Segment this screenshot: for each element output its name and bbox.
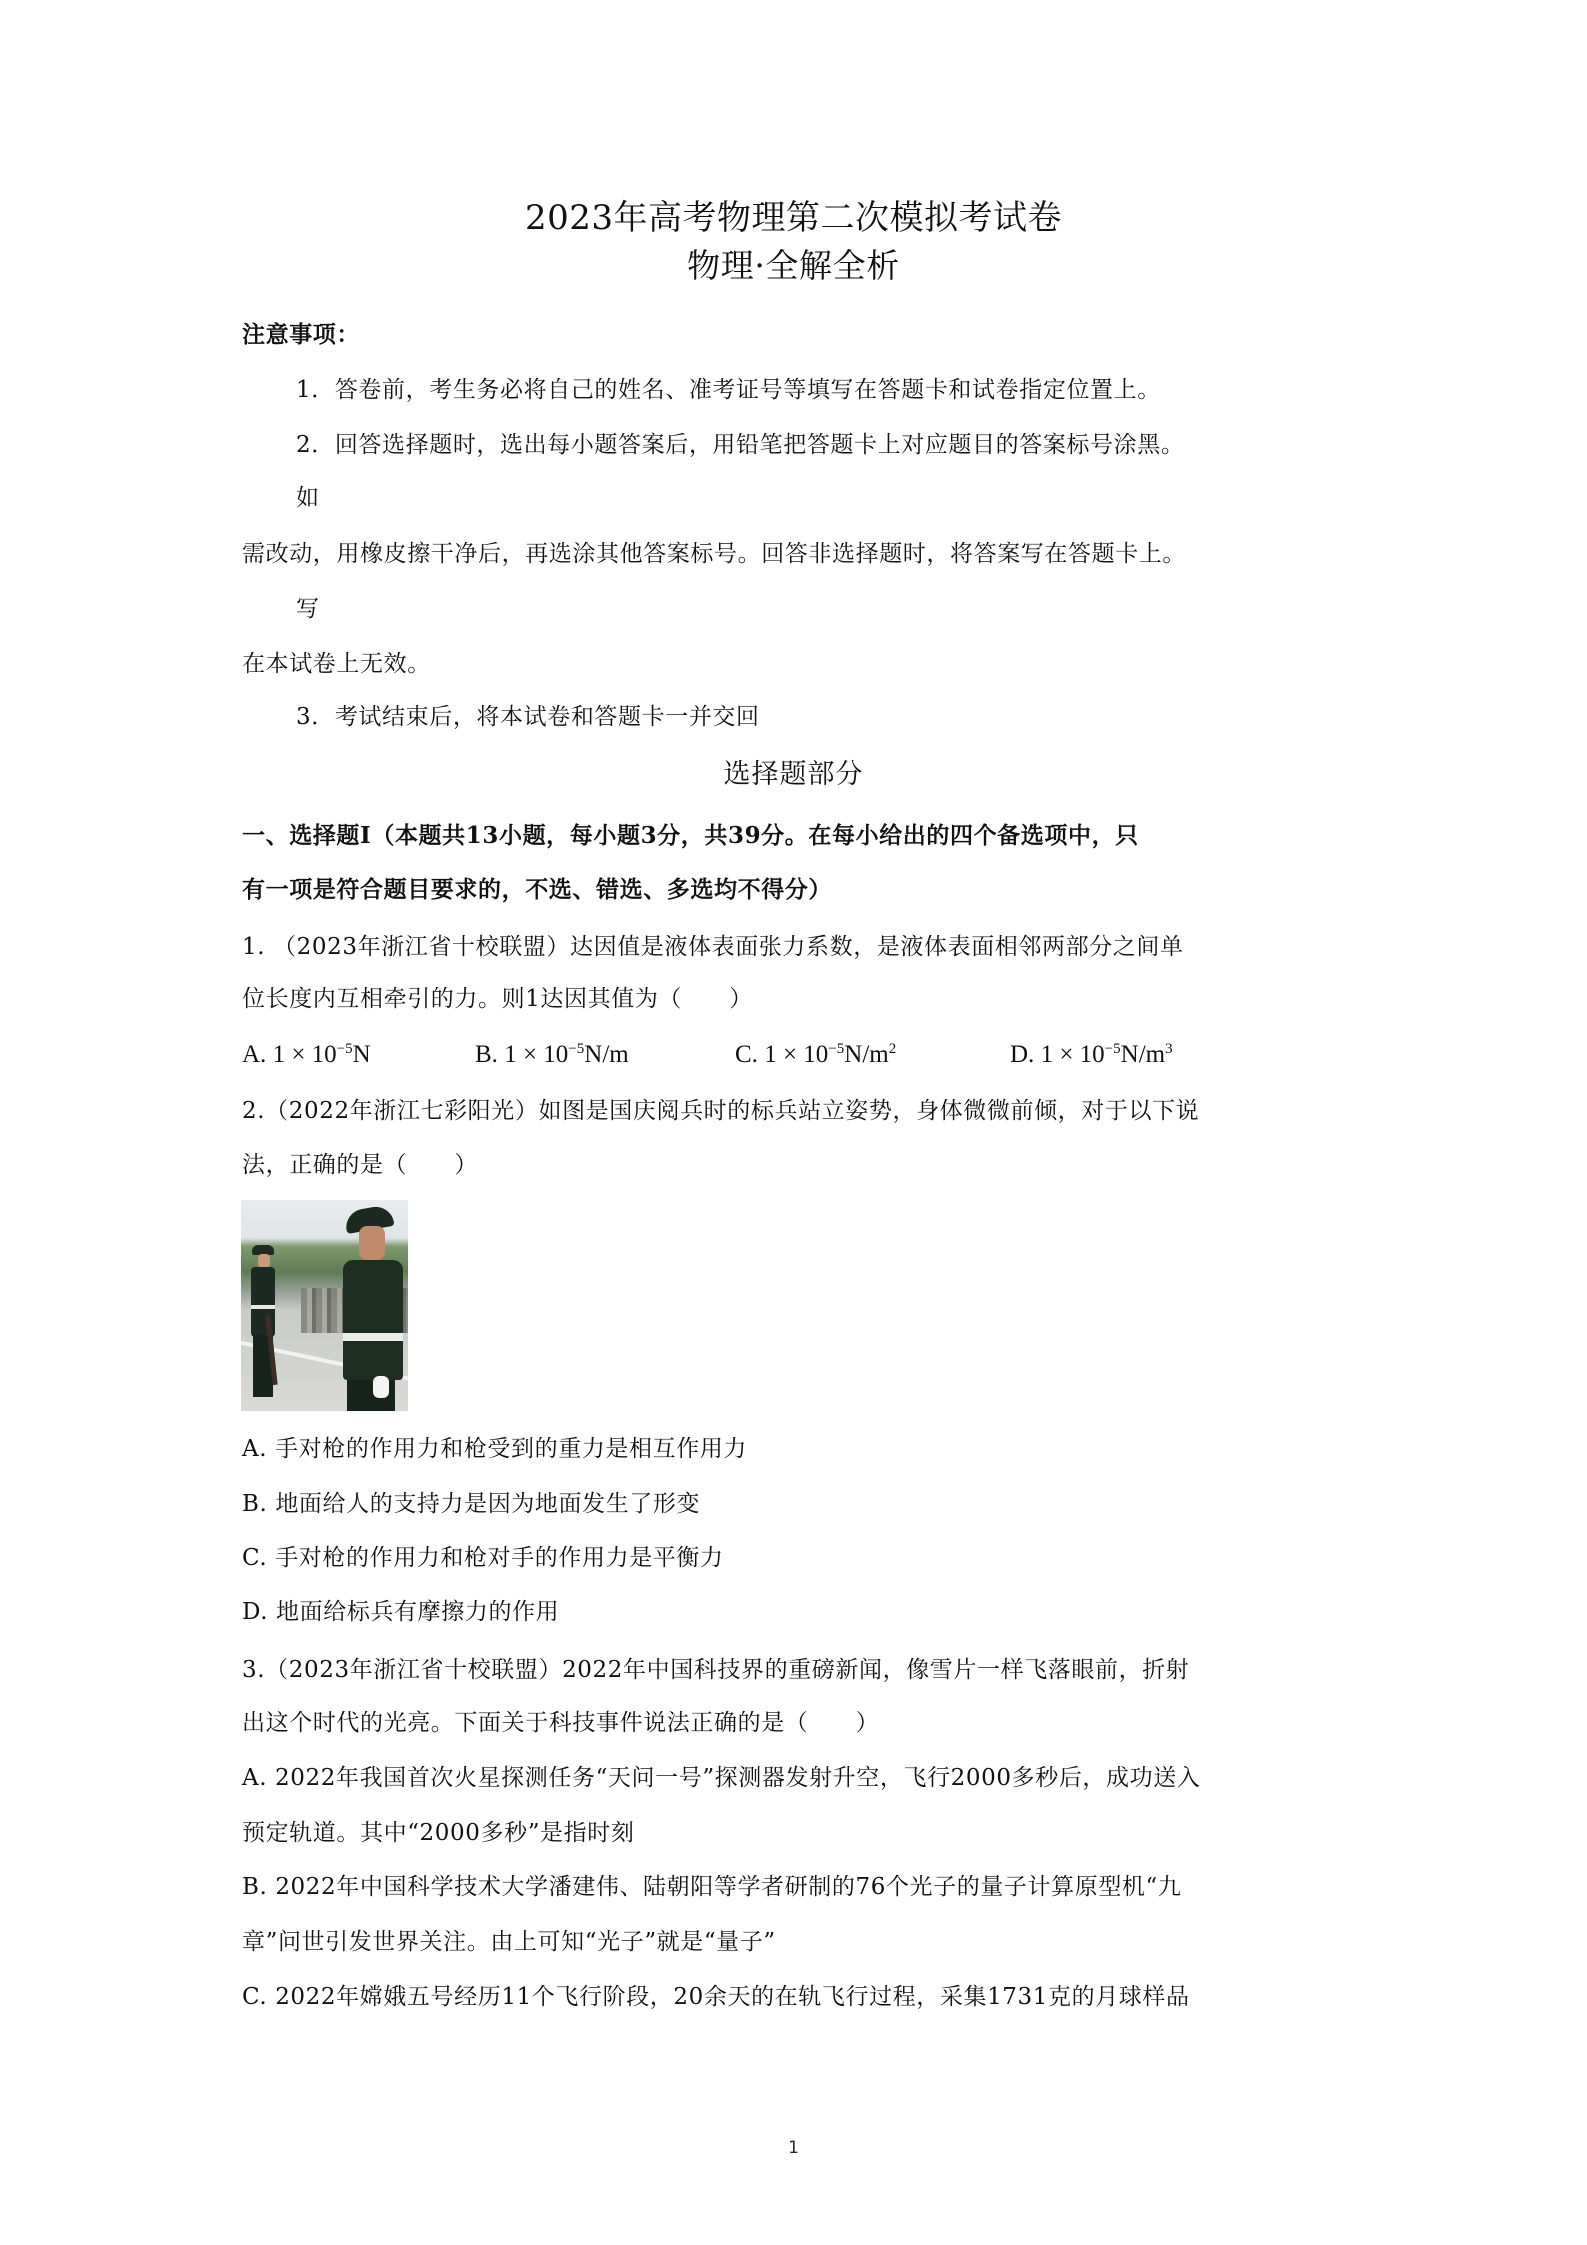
page-number: 1 [0,2138,1587,2158]
question-1-option-c: C. 1 × 10−5N/m2 [735,1040,896,1070]
notice-item-2-wrap-4: 在本试卷上无效。 [242,649,431,679]
question-2-option-a: A. 手对枪的作用力和枪受到的重力是相互作用力 [242,1434,747,1464]
question-1-stem-line-1: 1. （2023年浙江省十校联盟）达因值是液体表面张力系数，是液体表面相邻两部分… [242,932,1184,962]
question-3-option-b-line-1: B. 2022年中国科学技术大学潘建伟、陆朝阳等学者研制的76个光子的量子计算原… [242,1872,1181,1902]
question-2-option-b: B. 地面给人的支持力是因为地面发生了形变 [242,1489,700,1519]
soldier-background-figure [249,1245,277,1400]
question-2-option-c: C. 手对枪的作用力和枪对手的作用力是平衡力 [242,1543,724,1573]
question-3-stem-line-2: 出这个时代的光亮。下面关于科技事件说法正确的是（ ） [242,1708,879,1738]
notice-item-2-wrap-3: 写 [296,594,320,624]
notice-label: 注意事项： [242,320,360,350]
notice-item-3: 3．考试结束后，将本试卷和答题卡一并交回 [296,702,760,732]
question-3-option-a-line-1: A. 2022年我国首次火星探测任务“天问一号”探测器发射升空，飞行2000多秒… [242,1763,1200,1793]
document-subtitle: 物理·全解全析 [0,245,1587,287]
document-title: 2023年高考物理第二次模拟考试卷 [0,197,1587,239]
question-1-stem-line-2: 位长度内互相牵引的力。则1达因其值为（ ） [242,984,753,1014]
soldier-foreground-figure [343,1208,408,1411]
question-2-option-d: D. 地面给标兵有摩擦力的作用 [242,1597,559,1627]
section-instruction-line-2: 有一项是符合题目要求的，不选、错选、多选均不得分） [242,875,832,905]
section-heading: 选择题部分 [0,758,1587,792]
question-3-option-c-line-1: C. 2022年嫦娥五号经历11个飞行阶段，20余天的在轨飞行过程，采集1731… [242,1982,1190,2012]
question-1-option-a: A. 1 × 10−5N [242,1040,371,1070]
question-3-option-a-line-2: 预定轨道。其中“2000多秒”是指时刻 [242,1818,634,1848]
question-3-stem-line-1: 3.（2023年浙江省十校联盟）2022年中国科技界的重磅新闻，像雪片一样飞落眼… [242,1655,1189,1685]
notice-item-2: 2．回答选择题时，选出每小题答案后，用铅笔把答题卡上对应题目的答案标号涂黑。 [296,430,1184,460]
section-instruction-line-1: 一、选择题Ⅰ（本题共13小题，每小题3分，共39分。在每小给出的四个备选项中，只 [242,821,1139,851]
notice-item-2-wrap-1: 如 [296,483,320,513]
question-1-option-d: D. 1 × 10−5N/m3 [1010,1040,1173,1070]
question-2-stem-line-2: 法，正确的是（ ） [242,1150,478,1180]
notice-item-1: 1．答卷前，考生务必将自己的姓名、准考证号等填写在答题卡和试卷指定位置上。 [296,375,1161,405]
notice-item-2-wrap-2: 需改动，用橡皮擦干净后，再选涂其他答案标号。回答非选择题时，将答案写在答题卡上。 [242,539,1186,569]
question-1-option-b: B. 1 × 10−5N/m [475,1040,629,1070]
question-2-stem-line-1: 2.（2022年浙江七彩阳光）如图是国庆阅兵时的标兵站立姿势，身体微微前倾，对于… [242,1096,1199,1126]
question-3-option-b-line-2: 章”问世引发世界关注。由上可知“光子”就是“量子” [242,1927,776,1957]
honor-guard-photo [241,1200,408,1411]
